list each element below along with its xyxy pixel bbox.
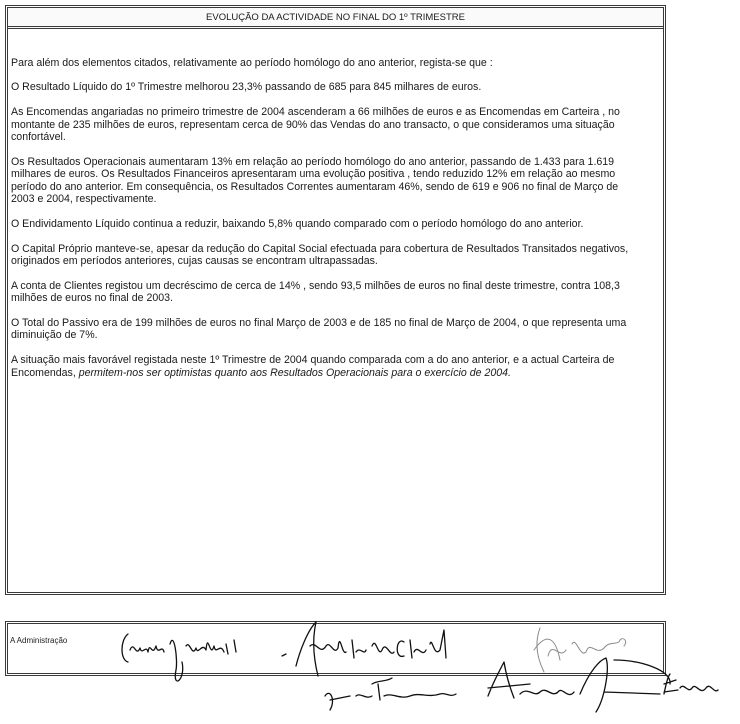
report-title: EVOLUÇÃO DA ACTIVIDADE NO FINAL DO 1º TR… [206, 12, 465, 23]
signature-1 [122, 634, 236, 681]
paragraph-equity: O Capital Próprio manteve-se, apesar da … [11, 243, 639, 268]
signatures [0, 600, 740, 724]
paragraph-net-result: O Resultado Líquido do 1º Trimestre melh… [11, 81, 639, 93]
paragraph-net-debt: O Endividamento Líquido continua a reduz… [11, 218, 639, 230]
report-body: Para além dos elementos citados, relativ… [11, 57, 639, 391]
closing-italic: permitem-nos ser optimistas quanto aos R… [79, 367, 511, 379]
paragraph-operating-results: Os Resultados Operacionais aumentaram 13… [11, 156, 639, 206]
paragraph-intro: Para além dos elementos citados, relativ… [11, 57, 639, 69]
signature-3 [534, 628, 626, 672]
report-header: EVOLUÇÃO DA ACTIVIDADE NO FINAL DO 1º TR… [8, 8, 663, 29]
paragraph-clients: A conta de Clientes registou um decrésci… [11, 280, 639, 305]
paragraph-orders: As Encomendas angariadas no primeiro tri… [11, 106, 639, 143]
signature-4 [325, 678, 456, 710]
paragraph-liabilities: O Total do Passivo era de 199 milhões de… [11, 317, 639, 342]
paragraph-closing: A situação mais favorável registada nest… [11, 354, 639, 379]
signature-2 [282, 622, 446, 676]
signature-5 [488, 658, 718, 712]
